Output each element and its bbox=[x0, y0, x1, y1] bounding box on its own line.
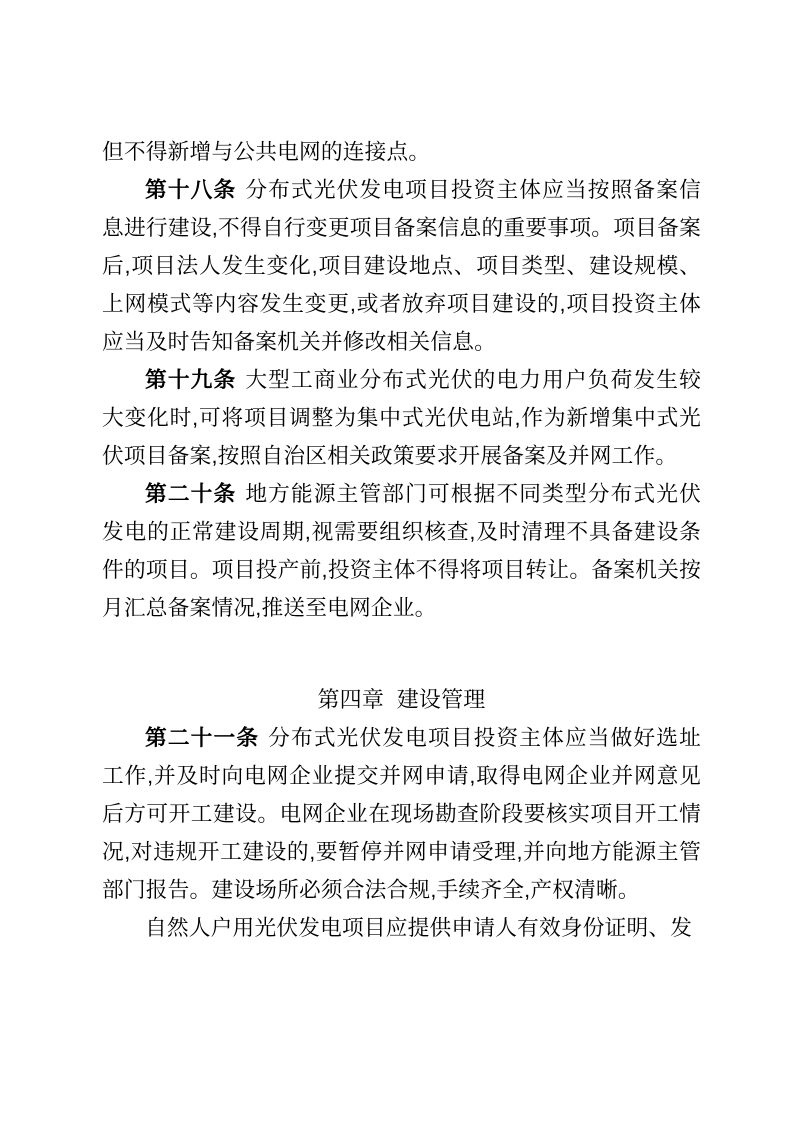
paragraph: 第二十条地方能源主管部门可根据不同类型分布式光伏发电的正常建设周期,视需要组织核… bbox=[102, 475, 701, 627]
paragraph: 但不得新增与公共电网的连接点。 bbox=[102, 133, 701, 171]
paragraph: 自然人户用光伏发电项目应提供申请人有效身份证明、发 bbox=[102, 909, 701, 947]
article-number: 第十八条 bbox=[145, 177, 236, 202]
document-body: 但不得新增与公共电网的连接点。第十八条分布式光伏发电项目投资主体应当按照备案信息… bbox=[102, 133, 701, 947]
paragraph: 第二十一条分布式光伏发电项目投资主体应当做好选址工作,并及时向电网企业提交并网申… bbox=[102, 719, 701, 909]
paragraph-text: 但不得新增与公共电网的连接点。 bbox=[102, 139, 430, 164]
chapter-heading: 第四章 建设管理 bbox=[102, 681, 701, 719]
paragraph-text: 分布式光伏发电项目投资主体应当按照备案信息进行建设,不得自行变更项目备案信息的重… bbox=[102, 177, 701, 354]
paragraph: 第十九条大型工商业分布式光伏的电力用户负荷发生较大变化时,可将项目调整为集中式光… bbox=[102, 361, 701, 475]
article-number: 第二十一条 bbox=[145, 725, 259, 750]
article-number: 第十九条 bbox=[145, 367, 236, 392]
paragraph: 第十八条分布式光伏发电项目投资主体应当按照备案信息进行建设,不得自行变更项目备案… bbox=[102, 171, 701, 361]
paragraph-text: 分布式光伏发电项目投资主体应当做好选址工作,并及时向电网企业提交并网申请,取得电… bbox=[102, 725, 701, 902]
article-number: 第二十条 bbox=[145, 481, 236, 506]
paragraph-text: 自然人户用光伏发电项目应提供申请人有效身份证明、发 bbox=[145, 915, 692, 940]
document-page: 但不得新增与公共电网的连接点。第十八条分布式光伏发电项目投资主体应当按照备案信息… bbox=[0, 0, 793, 1122]
